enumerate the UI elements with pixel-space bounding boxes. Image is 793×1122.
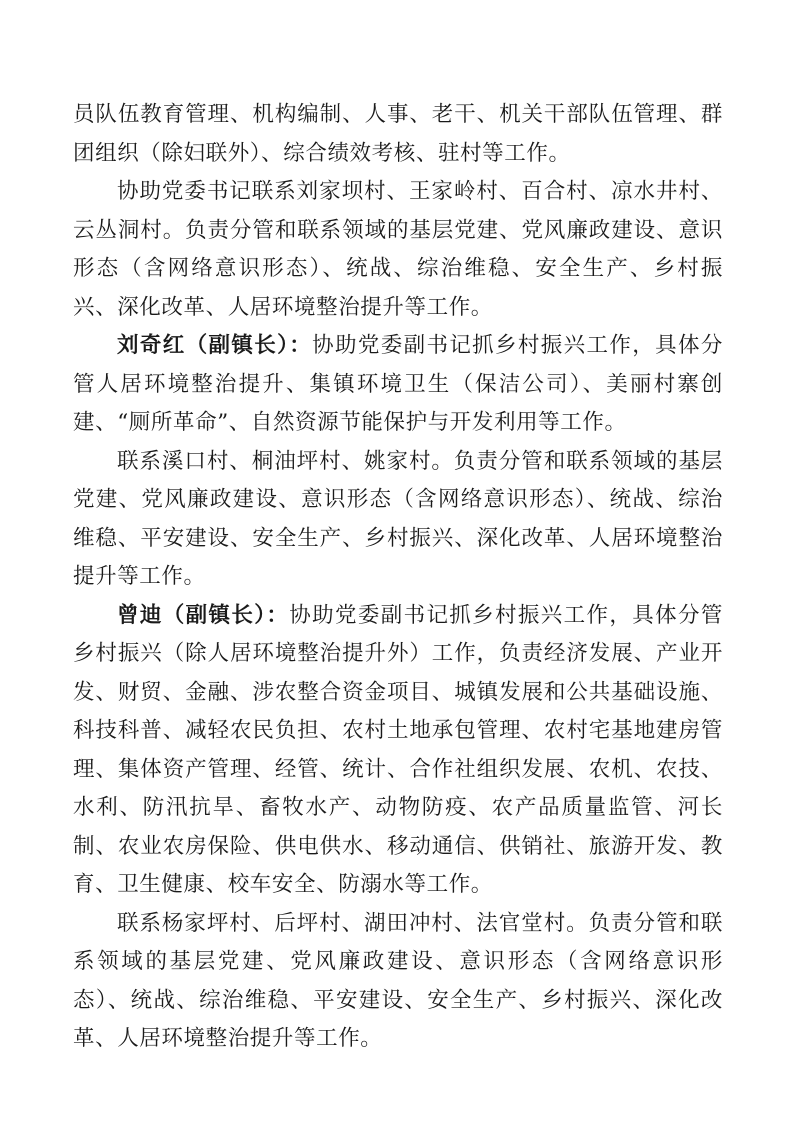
paragraph-continued-duties: 员队伍教育管理、机构编制、人事、老干、机关干部队伍管理、群团组织（除妇联外）、综… [73, 96, 723, 173]
official-name-title: 刘奇红（副镇长）： [117, 333, 312, 358]
paragraph-text: 协助党委副书记抓乡村振兴工作，具体分管乡村振兴（除人居环境整治提升外）工作，负责… [73, 603, 723, 898]
paragraph-text: 联系杨家坪村、后坪村、湖田冲村、法官堂村。负责分管和联系领域的基层党建、党风廉政… [73, 911, 723, 1052]
paragraph-zeng-di-liaison: 联系杨家坪村、后坪村、湖田冲村、法官堂村。负责分管和联系领域的基层党建、党风廉政… [73, 905, 723, 1059]
paragraph-liu-qihong-duties: 刘奇红（副镇长）：协助党委副书记抓乡村振兴工作，具体分管人居环境整治提升、集镇环… [73, 327, 723, 443]
paragraph-zeng-di-duties: 曾迪（副镇长）：协助党委副书记抓乡村振兴工作，具体分管乡村振兴（除人居环境整治提… [73, 597, 723, 905]
paragraph-text: 协助党委书记联系刘家坝村、王家岭村、百合村、凉水井村、云丛洞村。负责分管和联系领… [73, 179, 723, 320]
paragraph-text: 员队伍教育管理、机构编制、人事、老干、机关干部队伍管理、群团组织（除妇联外）、综… [73, 102, 723, 166]
paragraph-liu-qihong-liaison: 联系溪口村、桐油坪村、姚家村。负责分管和联系领域的基层党建、党风廉政建设、意识形… [73, 443, 723, 597]
official-name-title: 曾迪（副镇长）： [117, 603, 289, 628]
document-page: 员队伍教育管理、机构编制、人事、老干、机关干部队伍管理、群团组织（除妇联外）、综… [73, 96, 723, 1059]
paragraph-text: 联系溪口村、桐油坪村、姚家村。负责分管和联系领域的基层党建、党风廉政建设、意识形… [73, 449, 723, 590]
paragraph-secretary-liaison: 协助党委书记联系刘家坝村、王家岭村、百合村、凉水井村、云丛洞村。负责分管和联系领… [73, 173, 723, 327]
